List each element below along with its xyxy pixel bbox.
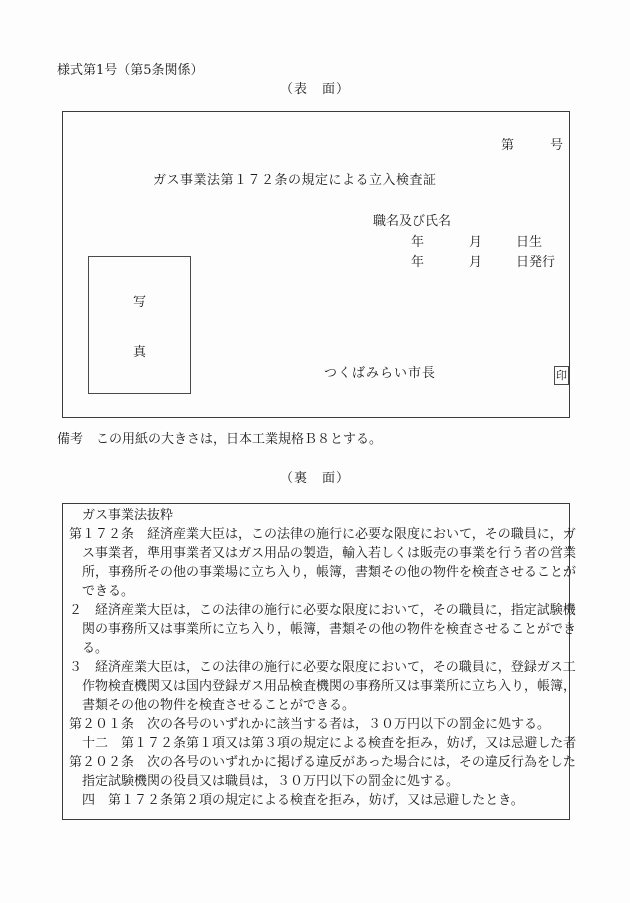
law-text-line: ス事業者，準用事業者又はガス用品の製造，輸入若しくは販売の事業を行う者の営業 <box>69 544 563 563</box>
birth-date-line: 年 月 日生 <box>63 233 569 252</box>
inspection-certificate-front: 第 号 ガス事業法第１７２条の規定による立入検査証 職名及び氏名 年 月 日生 … <box>62 111 570 418</box>
law-text-line: できる。 <box>69 582 563 601</box>
law-text-line: 十二 第１７２条第１項又は第３項の規定による検査を拒み，妨げ，又は忌避した者 <box>69 734 563 753</box>
law-text-line: 第１７２条 経済産業大臣は，この法律の施行に必要な限度において，その職員に，ガ <box>69 525 563 544</box>
document-page: 様式第1号（第5条関係） （表 面） 第 号 ガス事業法第１７２条の規定による立… <box>0 0 630 903</box>
law-text-line: 所，事務所その他の事業場に立ち入り，帳簿，書類その他の物件を検査させることが <box>69 563 563 582</box>
certificate-number-suffix: 号 <box>550 136 563 155</box>
photo-placeholder-box: 写 真 <box>88 256 191 394</box>
law-text-line: 指定試験機関の役員又は職員は，３０万円以下の罰金に処する。 <box>69 772 563 791</box>
law-text-line: 書類その他の物件を検査させることができる。 <box>69 696 563 715</box>
form-number-label: 様式第1号（第5条関係） <box>57 61 204 80</box>
official-seal-placeholder: 印 <box>554 366 569 385</box>
law-text-line: る。 <box>69 639 563 658</box>
law-text-line: 第２０１条 次の各号のいずれかに該当する者は，３０万円以下の罰金に処する。 <box>69 715 563 734</box>
issue-day-label: 日発行 <box>516 253 555 272</box>
birth-day-label: 日生 <box>516 233 542 252</box>
front-side-label: （表 面） <box>0 80 630 99</box>
law-excerpt-box: ガス事業法抜粋第１７２条 経済産業大臣は，この法律の施行に必要な限度において，そ… <box>62 503 570 820</box>
name-and-title-label: 職名及び氏名 <box>373 212 451 231</box>
remark-line: 備考 この用紙の大きさは，日本工業規格Ｂ８とする。 <box>57 430 382 449</box>
back-side-label: （裏 面） <box>0 469 630 488</box>
birth-year-label: 年 <box>411 233 424 252</box>
law-text-line: 四 第１７２条第２項の規定による検査を拒み，妨げ，又は忌避したとき。 <box>69 791 563 810</box>
law-text-line: 関の事務所又は事業所に立ち入り，帳簿，書類その他の物件を検査させることができ <box>69 620 563 639</box>
law-text-line: ３ 経済産業大臣は，この法律の施行に必要な限度において，その職員に，登録ガス工 <box>69 658 563 677</box>
law-text-line: 第２０２条 次の各号のいずれかに掲げる違反があった場合には，その違反行為をした <box>69 753 563 772</box>
issuer-name: つくばみらい市長 <box>324 364 436 383</box>
issue-month-label: 月 <box>469 253 482 272</box>
photo-label-top: 写 <box>89 293 190 312</box>
certificate-number-prefix: 第 <box>501 136 514 155</box>
law-text-line: ２ 経済産業大臣は，この法律の施行に必要な限度において，その職員に，指定試験機 <box>69 601 563 620</box>
certificate-number-line: 第 号 <box>501 136 563 155</box>
birth-month-label: 月 <box>469 233 482 252</box>
certificate-title: ガス事業法第１７２条の規定による立入検査証 <box>153 171 437 190</box>
law-text-line: ガス事業法抜粋 <box>69 506 563 525</box>
photo-label-bottom: 真 <box>89 343 190 362</box>
issue-year-label: 年 <box>411 253 424 272</box>
law-text-line: 作物検査機関又は国内登録ガス用品検査機関の事務所又は事業所に立ち入り，帳簿， <box>69 677 563 696</box>
